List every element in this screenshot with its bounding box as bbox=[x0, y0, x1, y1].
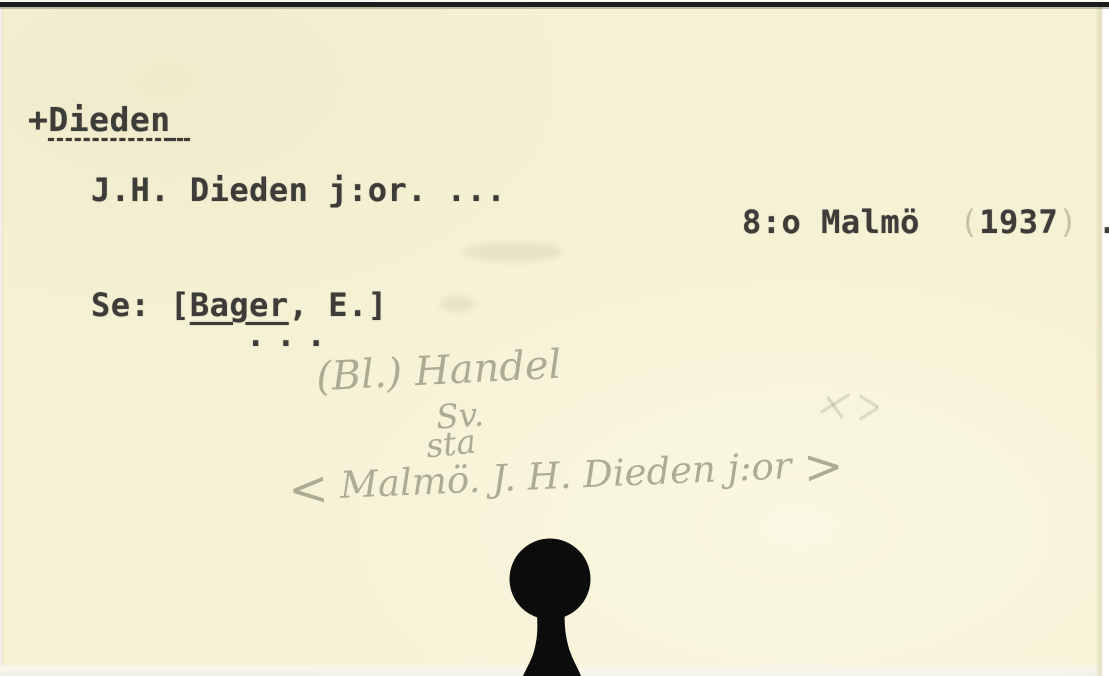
card-edge-left bbox=[0, 0, 4, 676]
catalog-card-scan: +Dieden J.H. Dieden j:or. ... 8:o Malmö … bbox=[0, 0, 1109, 676]
card-heading: +Dieden bbox=[28, 100, 191, 139]
heading-name: Dieden bbox=[48, 100, 170, 139]
pencil-classification: (Bl.) Handel bbox=[315, 342, 562, 401]
see-reference-line: Se: [Bager, E.] bbox=[91, 286, 387, 324]
imprint-period: . bbox=[1078, 203, 1109, 241]
typed-ellipsis: ... bbox=[246, 316, 337, 354]
imprint-year: 1937 bbox=[979, 203, 1058, 241]
card-edge-right bbox=[1095, 0, 1109, 676]
pencil-angle-bracket-close: > bbox=[802, 438, 845, 496]
main-entry-line: J.H. Dieden j:or. ... bbox=[91, 171, 506, 209]
pencil-paren-close: ) bbox=[1058, 203, 1078, 241]
imprint-format-place: 8:o Malmö bbox=[742, 203, 920, 241]
erased-pencil-smudge bbox=[463, 242, 563, 262]
imprint-line: 8:o Malmö (1937) . bbox=[742, 203, 1109, 241]
faint-pencil-mark bbox=[859, 406, 879, 420]
pencil-crossref-line: < Malmö. J. H. Dieden j:or > bbox=[287, 438, 845, 518]
catalog-rod-hole-icon bbox=[505, 537, 597, 676]
pencil-angle-bracket-open: < bbox=[287, 460, 330, 518]
faint-pencil-smudge bbox=[440, 296, 476, 312]
pencil-crossref-text: Malmö. J. H. Dieden j:or bbox=[327, 444, 804, 508]
pencil-paren-open: ( bbox=[959, 203, 979, 241]
see-reference-prefix: Se: [ bbox=[91, 286, 190, 324]
scan-edge-top bbox=[0, 0, 1109, 9]
heading-trailing-underscore bbox=[171, 100, 191, 139]
heading-plus-sign: + bbox=[28, 100, 48, 139]
